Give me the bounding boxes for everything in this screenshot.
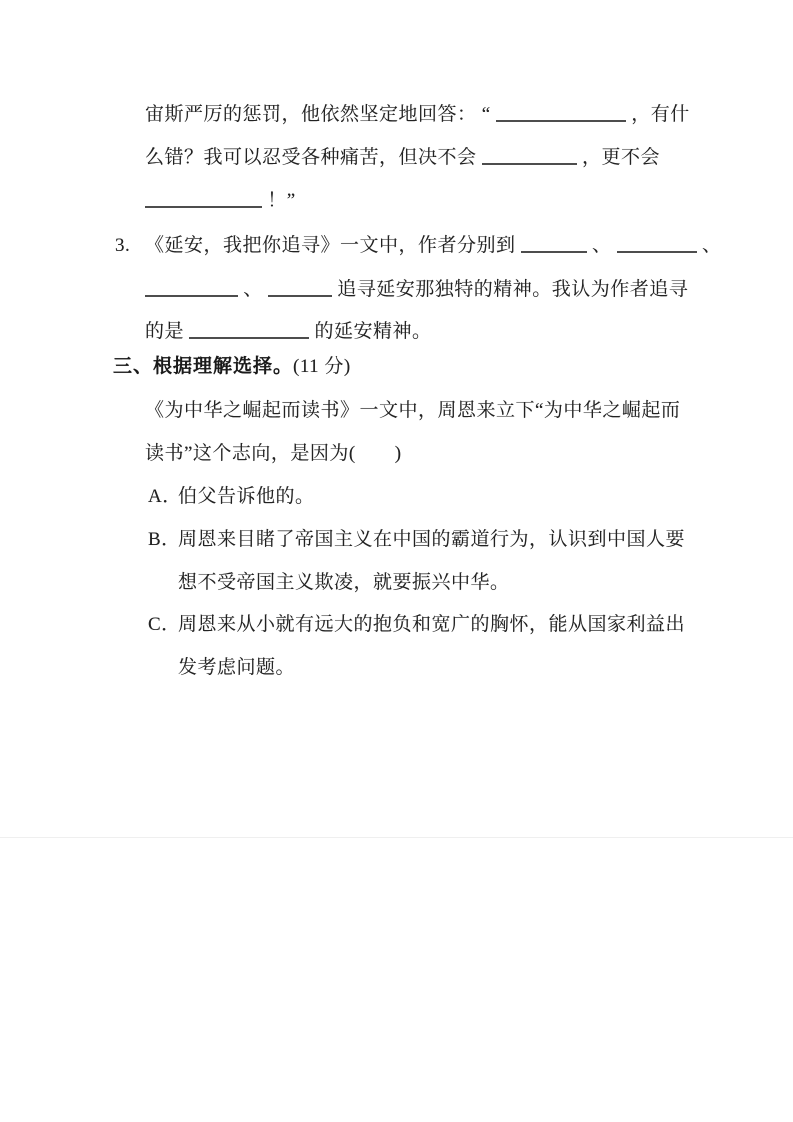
answer-blank [268,277,332,297]
question3-line2-sep1: 、 [243,279,263,300]
answer-blank [617,233,697,253]
section3-score: (11 分) [293,356,351,377]
section3-intro-line1-text: 《为中华之崛起而读书》一文中，周恩来立下“为中华之崛起而 [145,400,680,421]
question2-line3-after-blank: ！” [267,190,295,211]
question3-line1-text: 《延安，我把你追寻》一文中，作者分别到 [145,235,516,256]
option-b-text-line1: 周恩来目睹了帝国主义在中国的霸道行为，认识到中国人要 [178,529,685,550]
option-c-text-line1: 周恩来从小就有远大的抱负和宽广的胸怀，能从国家利益出 [178,614,685,635]
question3-line1: 3.《延安，我把你追寻》一文中，作者分别到 、 、 [115,231,722,261]
option-a-label: A． [148,482,178,512]
option-b-label: B． [148,525,178,555]
worksheet-page: 宙斯严厉的惩罚，他依然坚定地回答： “ ，有什 么错？我可以忍受各种痛苦，但决不… [0,0,793,1122]
question2-line2-after-blank: ，更不会 [582,147,660,168]
question3-line3: 的是 的延安精神。 [145,317,432,347]
question3-line3-after-blank: 的延安精神。 [315,321,432,342]
option-b-text-line2: 想不受帝国主义欺凌，就要振兴中华。 [178,572,510,593]
option-a-text: 伯父告诉他的。 [178,486,315,507]
question3-number: 3. [115,231,145,261]
scan-seam-line [0,837,793,838]
question3-line1-sep1: 、 [592,235,612,256]
question2-line1-open-quote: “ [482,104,491,125]
option-c-line1: C．周恩来从小就有远大的抱负和宽广的胸怀，能从国家利益出 [148,610,685,640]
option-c-label: C． [148,610,178,640]
section3-heading: 三、根据理解选择。 [113,356,293,377]
answer-blank [145,188,262,208]
section3-heading-line: 三、根据理解选择。(11 分) [113,352,351,382]
option-b-line1: B．周恩来目睹了帝国主义在中国的霸道行为，认识到中国人要 [148,525,685,555]
question3-line1-sep2: 、 [702,235,722,256]
section3-intro-line2: 读书”这个志向，是因为( ) [145,439,402,469]
question2-line2: 么错？我可以忍受各种痛苦，但决不会 ，更不会 [145,143,660,173]
question2-line1-after-blank: ，有什 [631,104,690,125]
answer-blank [521,233,587,253]
question3-line3-before-blank: 的是 [145,321,184,342]
option-b-line2: 想不受帝国主义欺凌，就要振兴中华。 [178,568,510,598]
section3-intro-line1: 《为中华之崛起而读书》一文中，周恩来立下“为中华之崛起而 [145,396,680,426]
answer-blank [482,145,577,165]
question3-line2: 、 追寻延安那独特的精神。我认为作者追寻 [145,275,688,305]
option-a-line1: A．伯父告诉他的。 [148,482,315,512]
question2-line2-text: 么错？我可以忍受各种痛苦，但决不会 [145,147,477,168]
answer-blank [496,102,626,122]
question2-line3: ！” [145,186,296,216]
answer-blank [145,277,238,297]
question2-line1-text: 宙斯严厉的惩罚，他依然坚定地回答： [145,104,477,125]
option-c-text-line2: 发考虑问题。 [178,657,295,678]
question3-line2-text: 追寻延安那独特的精神。我认为作者追寻 [337,279,688,300]
option-c-line2: 发考虑问题。 [178,653,295,683]
section3-intro-line2-text: 读书”这个志向，是因为( ) [145,443,402,464]
answer-blank [189,319,309,339]
question2-line1: 宙斯严厉的惩罚，他依然坚定地回答： “ ，有什 [145,100,690,130]
